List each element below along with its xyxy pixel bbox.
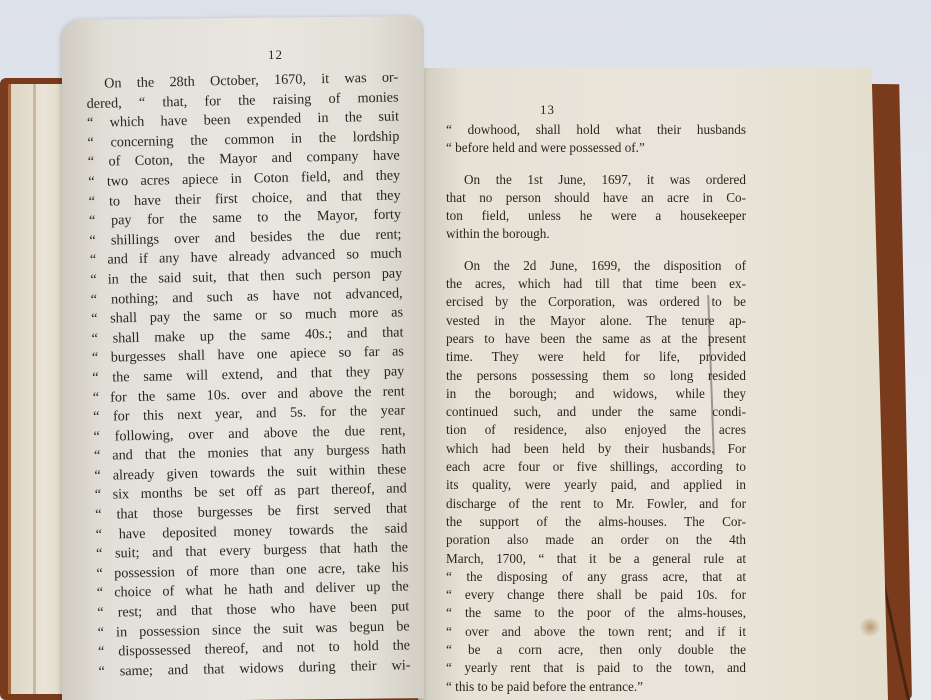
text-line: time. They were held for life, provided [446, 348, 746, 366]
text-line: ercised by the Corporation, was ordered … [446, 293, 746, 311]
text-line: discharge of the rent to Mr. Fowler, and… [446, 495, 746, 513]
text-line: “ the disposing of any grass acre, that … [446, 568, 746, 586]
text-line: On the 2d June, 1699, the disposition of [446, 257, 746, 275]
text-line: ton field, unless he were a housekeeper [446, 207, 746, 225]
text-line: each acre four or five shillings, accord… [446, 458, 746, 476]
text-line: the persons possessing them so long resi… [446, 367, 746, 385]
text-line: vested in the Mayor alone. The tenure ap… [446, 312, 746, 330]
text-line: March, 1700, “ that it be a general rule… [446, 550, 746, 568]
text-line: “ yearly rent that is paid to the town, … [446, 659, 746, 677]
text-line: poration also made an order on the 4th [446, 531, 746, 549]
text-line: that no person should have an acre in Co… [446, 189, 746, 207]
text-line: which had been held by their husbands. F… [446, 440, 746, 458]
text-line: its quality, were yearly paid, and appli… [446, 476, 746, 494]
text-line: the support of the alms-houses. The Cor- [446, 513, 746, 531]
flyleaf-crease [33, 84, 36, 694]
text-line: On the 1st June, 1697, it was ordered [446, 171, 746, 189]
text-line: “ every change there shall be paid 10s. … [446, 586, 746, 604]
left-page-text: On the 28th October, 1670, it was or- de… [86, 68, 411, 682]
text-line: continued such, and under the same condi… [446, 403, 746, 421]
text-line: “ over and above the town rent; and if i… [446, 623, 746, 641]
text-line: “ dowhood, shall hold what their husband… [446, 121, 746, 139]
foxing-stain [858, 618, 882, 636]
page-number-right: 13 [540, 102, 555, 118]
right-page-text: “ dowhood, shall hold what their husband… [446, 121, 746, 696]
text-line: within the borough. [446, 225, 746, 243]
text-line: “ the same to the poor of the alms-house… [446, 604, 746, 622]
text-line: “ this to be paid before the entrance.” [446, 678, 746, 696]
text-line: pears to have been the same as at the pr… [446, 330, 746, 348]
text-line: in the borough; and widows, while they [446, 385, 746, 403]
text-line: the acres, which had till that time been… [446, 275, 746, 293]
page-number-left: 12 [268, 47, 283, 63]
book-photo: 12 On the 28th October, 1670, it was or-… [0, 0, 931, 700]
text-line: tion of residence, also enjoyed the acre… [446, 421, 746, 439]
text-line: “ before held and were possessed of.” [446, 139, 746, 157]
text-line: “ be a corn acre, then only double the [446, 641, 746, 659]
